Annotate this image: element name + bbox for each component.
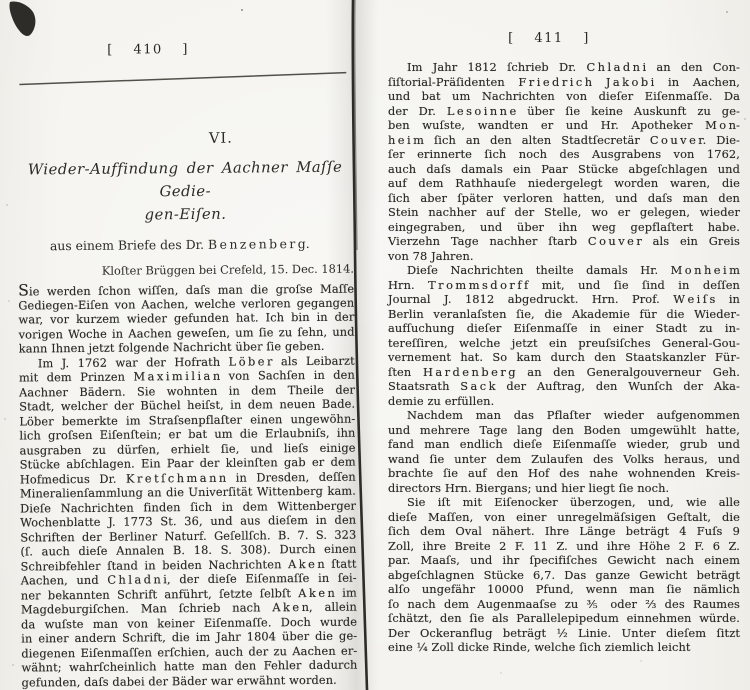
text-line: Berlin veranlaſsten ſie, die Akademie fü… (388, 307, 740, 322)
article-title: Wieder-Auffindung der Aachner Maſſe Gedi… (17, 156, 354, 228)
text-line: Stein nachher auf der Stelle, wo er gele… (388, 205, 740, 220)
text-line: ben wuſste, wandten er und Hr. Apotheker… (388, 118, 740, 133)
text-line: Vierzehn Tage nachher ſtarb C o u v e r … (388, 234, 740, 249)
paragraph: Dieſe Nachrichten theilte damals Hr. M o… (388, 263, 740, 408)
body-text-right: Im Jahr 1812 ſchrieb Dr. C h l a d n i a… (388, 60, 740, 655)
section-number: VI. (53, 129, 389, 149)
body-text-left: Sie werden ſchon wiſſen, daſs man die gr… (18, 281, 358, 690)
text-line: ſich dem Oval nähert. Ihre Länge beträgt… (388, 524, 740, 539)
text-line: Sie iſt mit Eiſenocker überzogen, und, w… (388, 495, 740, 510)
text-line: Im Jahr 1812 ſchrieb Dr. C h l a d n i a… (388, 60, 740, 75)
text-line: Zoll, ihre Breite 2 F. 11 Z. und ihre Hö… (388, 539, 740, 554)
text-line: und bat um Nachrichten von dieſer Eiſenm… (388, 89, 740, 104)
text-line: demie zu erfüllen. (388, 394, 740, 409)
paragraph: Im Jahr 1812 ſchrieb Dr. C h l a d n i a… (388, 60, 740, 263)
text-line: auf dem Rathhauſe niedergelegt worden wa… (388, 176, 740, 191)
text-line: Nachdem man das Pflaſter wieder aufgenom… (388, 408, 740, 423)
text-line: brachte ſie auf den Hof des nahe wohnend… (388, 466, 740, 481)
text-line: ſiſtorial-Präſidenten F r i e d r i c h … (388, 75, 740, 90)
text-line: Dieſe Nachrichten theilte damals Hr. M o… (388, 263, 740, 278)
text-line: abgeſchlagnen Stücke 6,7. Das ganze Gewi… (388, 568, 740, 583)
text-line: der Dr. L e s o i n n e über ſie keine A… (388, 104, 740, 119)
text-line: par. Maaſs, und ihr ſpecifiſches Gewicht… (388, 553, 740, 568)
text-line: Der Ockeranflug beträgt ½ Linie. Unter d… (388, 626, 740, 641)
header-rule (16, 68, 352, 89)
text-line: eine ¼ Zoll dicke Rinde, welche ſich zie… (388, 640, 740, 655)
text-line: fand man endlich dieſe Eiſenmaſſe wieder… (388, 437, 740, 452)
text-line: alſo ungefähr 10000 Pfund, wenn man ſie … (388, 582, 740, 597)
text-line: ſich aber ſpäter verloren hatten, und da… (388, 191, 740, 206)
text-line: eingegraben, und über ihn weg gepflaſter… (388, 220, 740, 235)
title-line: gen-Eiſen. (17, 202, 353, 228)
text-line: ſten H a r d e n b e r g an den Generalg… (388, 365, 740, 380)
page-number: [ 411 ] (373, 30, 725, 48)
paragraph: Im J. 1762 war der Hofrath L ö b e r als… (19, 353, 358, 689)
byline: aus einem Briefe des Dr. B e n z e n b e… (12, 236, 348, 254)
dateline: Kloſter Brüggen bei Crefeld, 15. Dec. 18… (18, 262, 354, 279)
text-line: von 78 Jahren. (388, 249, 740, 264)
text-line: ſchätzt, den ſie als Parallelepipedum ei… (388, 611, 740, 626)
text-line: ſer erinnerte ſich noch des Ausgrabens v… (388, 147, 740, 162)
ink-blot (2, 0, 52, 44)
text-line: und mehrere Tage lang den Boden umgewühl… (388, 423, 740, 438)
paragraph: Sie werden ſchon wiſſen, daſs man die gr… (18, 281, 355, 356)
page-number: [ 410 ] (0, 40, 316, 61)
text-line: dieſe Maſſen, von einer unregelmäſsigen … (388, 510, 740, 525)
text-line: vernement hat. So kam durch den Staatska… (388, 350, 740, 365)
text-line: ſo nach dem Augenmaaſse zu ⅗ oder ⅔ des … (388, 597, 740, 612)
text-line: directors Hrn. Biergans; und hier liegt … (388, 481, 740, 496)
text-line: tereſſiren, welche jetzt ein preuſsiſche… (388, 336, 740, 351)
text-line: gefunden, daſs dabei der Bäder war erwäh… (22, 672, 358, 689)
text-line: aufſuchung dieſer Eiſenmaſſe in einer St… (388, 321, 740, 336)
paragraph: Nachdem man das Pflaſter wieder aufgenom… (388, 408, 740, 495)
scanned-book-spread: [ 410 ] VI. Wieder-Auffindung der Aachne… (0, 0, 750, 690)
title-line: Wieder-Auffindung der Aachner Maſſe Gedi… (17, 156, 353, 205)
text-line: Journal J. 1812 abgedruckt. Hrn. Prof. W… (388, 292, 740, 307)
text-line: auch daſs damals ein Paar Stücke abgeſch… (388, 162, 740, 177)
paragraph: Sie iſt mit Eiſenocker überzogen, und, w… (388, 495, 740, 655)
text-line: Staatsrath S a c k der Auftrag, den Wunſ… (388, 379, 740, 394)
left-page: [ 410 ] VI. Wieder-Auffindung der Aachne… (16, 38, 358, 690)
text-line: wand ſie unter dem Zulaufen des Volks he… (388, 452, 740, 467)
text-line: Hrn. T r o m m s d o r f f mit, und ſie … (388, 278, 740, 293)
paper-specks (0, 0, 2, 2)
text-line: h e i m ſich an den alten Stadtſecretär … (388, 133, 740, 148)
right-page: [ 411 ] Im Jahr 1812 ſchrieb Dr. C h l a… (388, 24, 740, 655)
